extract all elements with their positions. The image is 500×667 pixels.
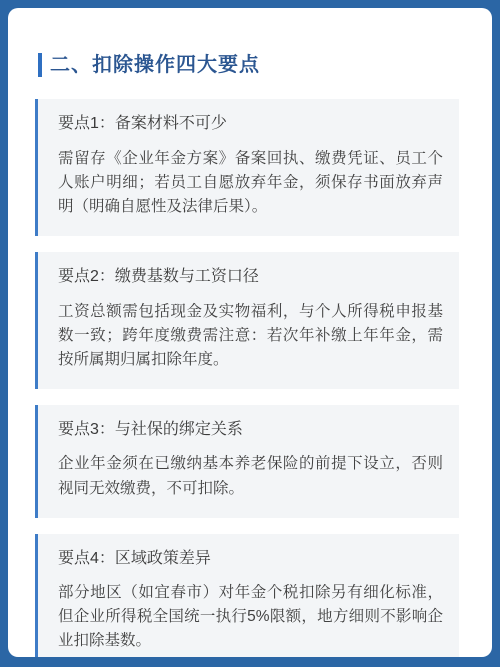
content-panel: 二、扣除操作四大要点 要点1：备案材料不可少 需留存《企业年金方案》备案回执、缴… [8,8,492,657]
point-card-2: 要点2：缴费基数与工资口径 工资总额需包括现金及实物福利，与个人所得税申报基数一… [35,252,459,389]
page-title: 二、扣除操作四大要点 [50,55,260,75]
point-body: 部分地区（如宜春市）对年金个税扣除另有细化标准，但企业所得税全国统一执行5%限额… [58,581,443,653]
point-heading: 要点4：区域政策差异 [58,549,443,570]
point-body: 工资总额需包括现金及实物福利，与个人所得税申报基数一致；跨年度缴费需注意：若次年… [58,300,443,372]
point-heading: 要点3：与社保的绑定关系 [58,420,443,441]
point-card-4: 要点4：区域政策差异 部分地区（如宜春市）对年金个税扣除另有细化标准，但企业所得… [35,534,459,657]
section-title-row: 二、扣除操作四大要点 [38,53,465,77]
point-body: 企业年金须在已缴纳基本养老保险的前提下设立，否则视同无效缴费，不可扣除。 [58,452,443,500]
point-card-3: 要点3：与社保的绑定关系 企业年金须在已缴纳基本养老保险的前提下设立，否则视同无… [35,405,459,518]
point-heading: 要点1：备案材料不可少 [58,114,443,135]
point-card-1: 要点1：备案材料不可少 需留存《企业年金方案》备案回执、缴费凭证、员工个人账户明… [35,99,459,236]
point-heading: 要点2：缴费基数与工资口径 [58,267,443,288]
title-accent-bar [38,53,42,77]
outer-blue-frame: 二、扣除操作四大要点 要点1：备案材料不可少 需留存《企业年金方案》备案回执、缴… [0,0,500,667]
point-body: 需留存《企业年金方案》备案回执、缴费凭证、员工个人账户明细；若员工自愿放弃年金，… [58,147,443,219]
